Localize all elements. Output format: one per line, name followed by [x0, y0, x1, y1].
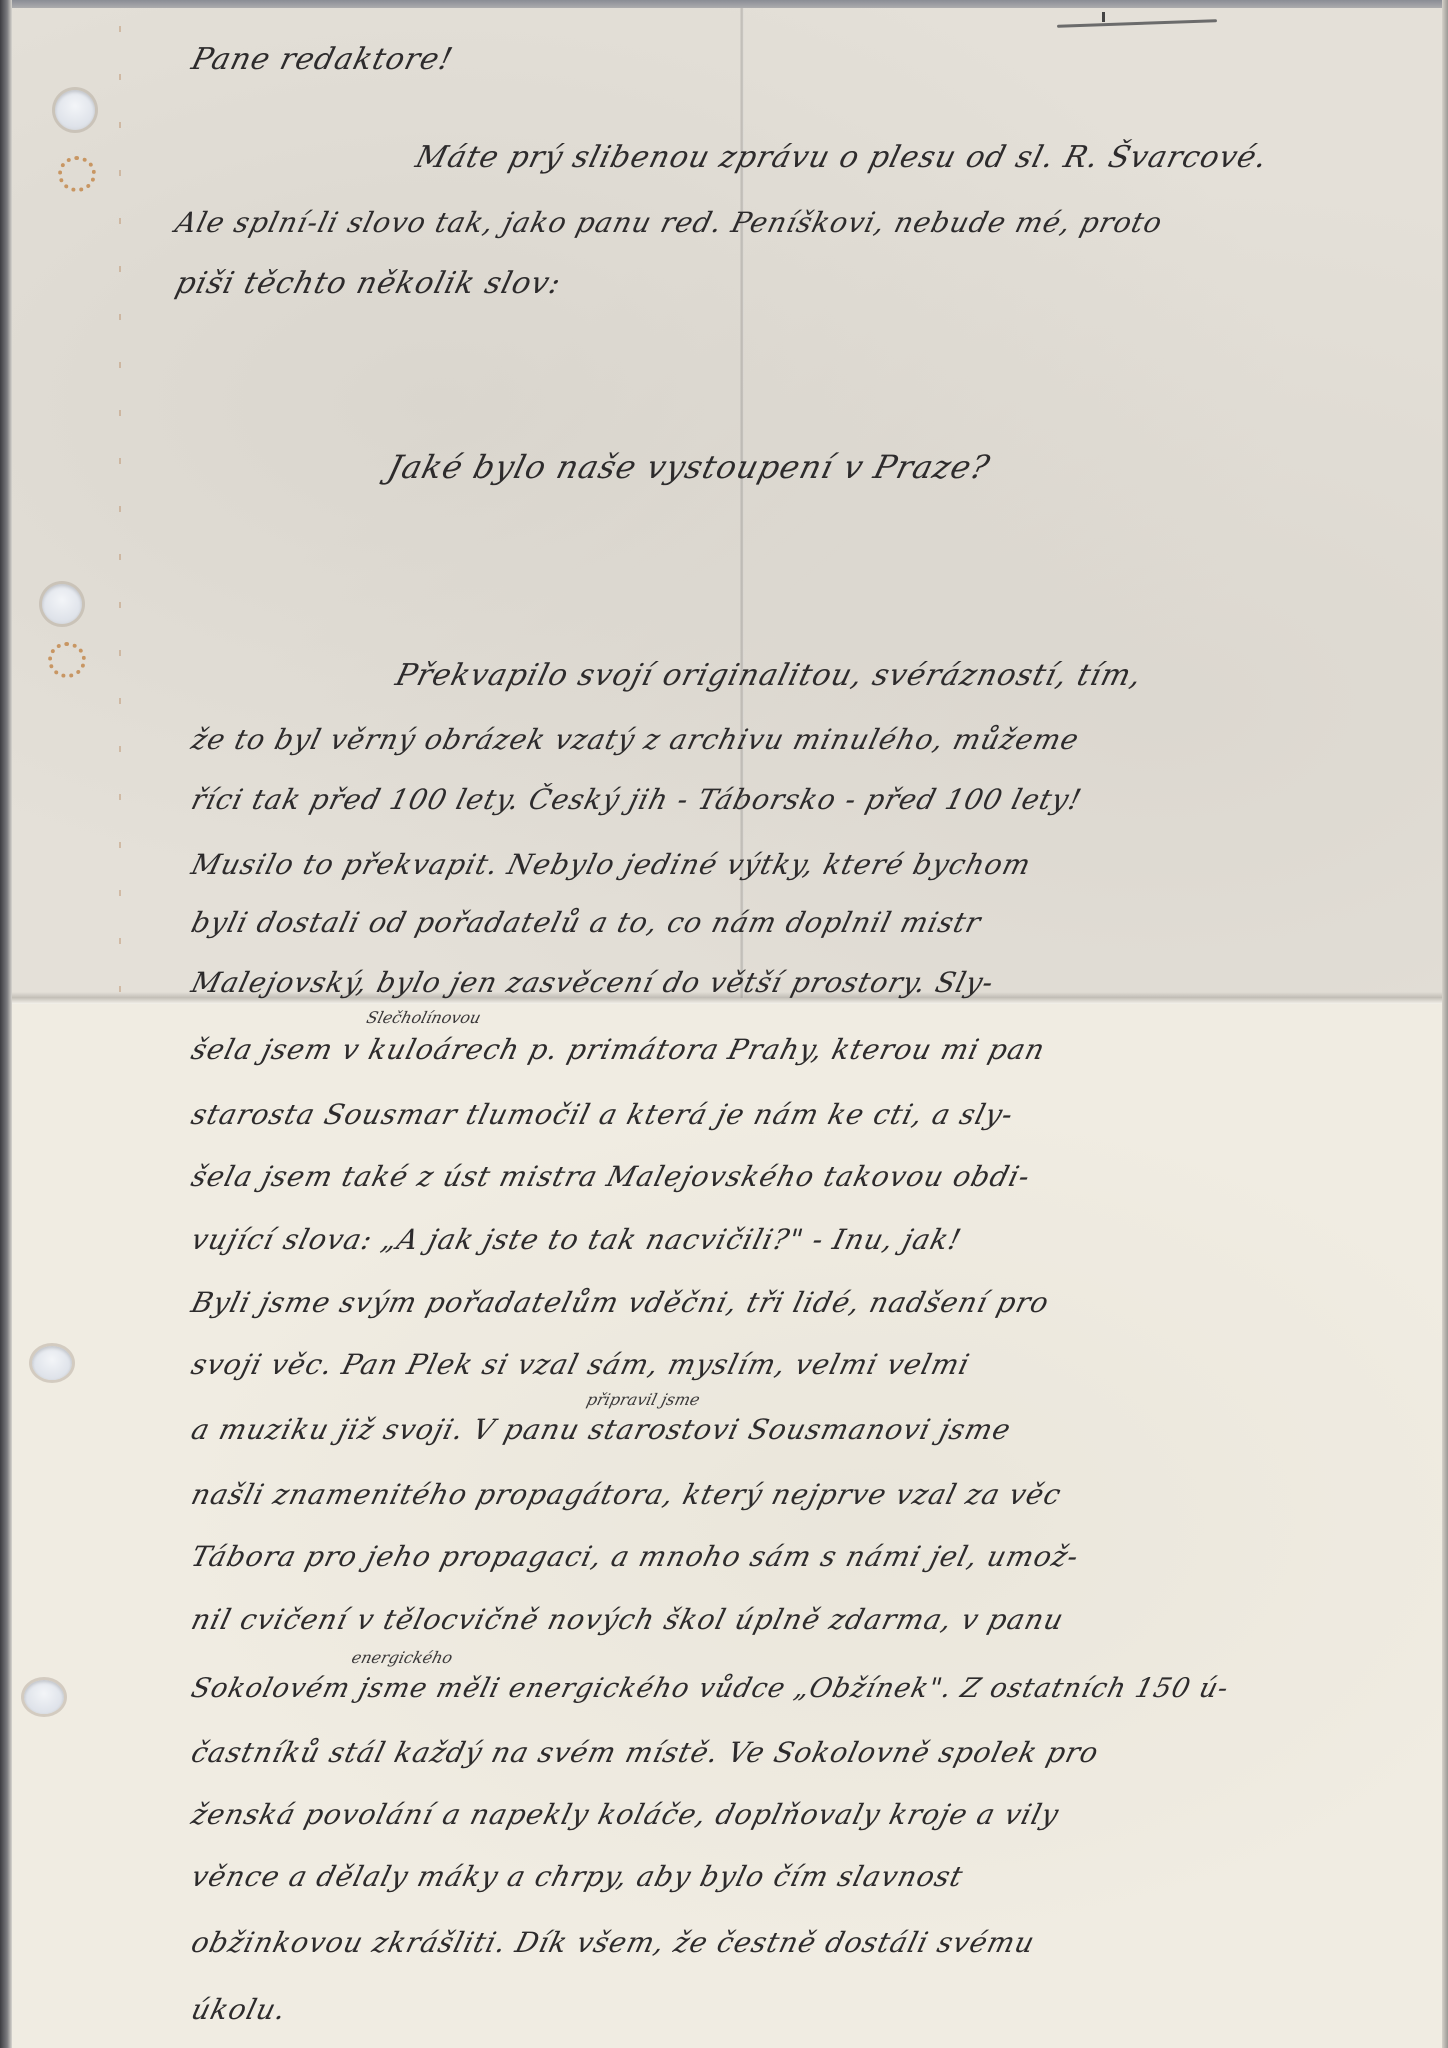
punch-hole-icon: [32, 1346, 72, 1380]
body-line: a muziku již svoji. V panu starostovi So…: [188, 1413, 1015, 1446]
body-line: říci tak před 100 lety. Český jih - Tábo…: [188, 783, 1085, 816]
intro-line: piši těchto několik slov:: [172, 266, 565, 301]
body-line: že to byl věrný obrázek vzatý z archivu …: [188, 723, 1083, 756]
intro-line: Ale splní-li slovo tak, jako panu red. P…: [172, 206, 1166, 239]
body-line: svoji věc. Pan Plek si vzal sám, myslím,…: [188, 1348, 973, 1381]
interlinear-insertion: energického: [350, 1648, 455, 1667]
body-line: Musilo to překvapit. Nebylo jediné výtky…: [188, 848, 1035, 881]
intro-line: Máte prý slibenou zprávu o plesu od sl. …: [412, 140, 1271, 175]
body-line: vující slova: „A jak jste to tak nacviči…: [188, 1223, 965, 1256]
body-line: Překvapilo svojí originalitou, svéráznos…: [392, 658, 1146, 693]
letter-heading: Jaké bylo naše vystoupení v Praze?: [384, 448, 994, 486]
body-line: ženská povolání a napekly koláče, doplňo…: [188, 1798, 1063, 1831]
rust-ring-mark: [58, 156, 96, 192]
rust-ring-mark: [48, 642, 86, 678]
body-line: našli znamenitého propagátora, který nej…: [188, 1478, 1065, 1511]
body-line: Byli jsme svým pořadatelům vděčni, tři l…: [188, 1286, 1053, 1319]
body-line: Tábora pro jeho propagaci, a mnoho sám s…: [188, 1540, 1083, 1573]
letter-page: Pane redaktore! Máte prý slibenou zprávu…: [12, 8, 1442, 2048]
body-line: Sokolovém jsme měli energického vůdce „O…: [188, 1673, 1232, 1704]
body-line: šela jsem v kuloárech p. primátora Prahy…: [188, 1033, 1049, 1066]
body-line: úkolu.: [188, 1993, 290, 2026]
body-line: byli dostali od pořadatelů a to, co nám …: [188, 906, 985, 939]
body-line: častníků stál každý na svém místě. Ve So…: [188, 1736, 1103, 1769]
body-line: věnce a dělaly máky a chrpy, aby bylo čí…: [188, 1860, 967, 1893]
pencil-tick: [1102, 12, 1105, 22]
body-line: obžinkovou zkrášliti. Dík všem, že čestn…: [188, 1926, 1039, 1959]
scan-right-edge: [1442, 0, 1448, 2048]
rust-margin-marks: [119, 8, 121, 998]
salutation: Pane redaktore!: [188, 42, 457, 77]
punch-hole-icon: [55, 90, 95, 130]
punch-hole-icon: [42, 584, 82, 624]
interlinear-insertion: Slečholínovou: [365, 1008, 483, 1027]
body-line: Malejovský, bylo jen zasvěcení do větší …: [188, 966, 998, 999]
interlinear-insertion: připravil jsme: [585, 1390, 702, 1409]
scan-left-edge: [0, 0, 12, 2048]
punch-hole-icon: [24, 1680, 64, 1714]
body-line: starosta Sousmar tlumočil a která je nám…: [188, 1098, 1017, 1131]
body-line: nil cvičení v tělocvičně nových škol úpl…: [188, 1603, 1067, 1636]
body-line: šela jsem také z úst mistra Malejovského…: [188, 1160, 1034, 1193]
